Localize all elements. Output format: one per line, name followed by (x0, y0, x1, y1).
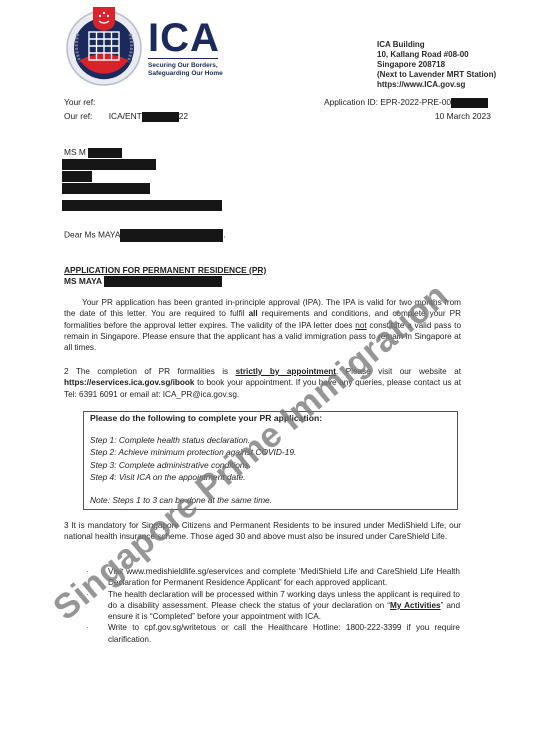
redaction-bar (120, 229, 223, 242)
brand-tagline-2: Safeguarding Our Home (148, 70, 223, 78)
redaction-bar (62, 171, 92, 182)
address-line: ICA Building (377, 40, 496, 50)
bullet-list: ·Visit www.medishieldlife.sg/eservices a… (84, 566, 460, 645)
emphasis-strictly-by-appointment: strictly by appointment (236, 367, 336, 376)
our-ref-suffix: 22 (179, 111, 188, 121)
ibook-link[interactable]: https://eservices.ica.gov.sg/ibook (64, 378, 194, 387)
emphasis-all: all (249, 309, 258, 318)
step-item: Step 4: Visit ICA on the appointment dat… (90, 471, 451, 483)
bullet-icon: · (86, 622, 89, 633)
ica-crest-logo (64, 4, 144, 88)
ica-brand: ICA Securing Our Borders, Safeguarding O… (148, 20, 223, 77)
our-ref-prefix: ICA/ENT (109, 111, 142, 121)
recipient-name: MS M (64, 147, 86, 157)
list-item: ·Visit www.medishieldlife.sg/eservices a… (84, 566, 460, 589)
salutation-text: Dear Ms MAYA (64, 230, 120, 240)
redaction-bar (142, 112, 179, 122)
our-ref-label: Our ref: (64, 111, 92, 121)
address-website[interactable]: https://www.ICA.gov.sg (377, 80, 496, 90)
subject-heading: APPLICATION FOR PERMANENT RESIDENCE (PR)… (64, 265, 266, 287)
steps-note: Note: Steps 1 to 3 can be done at the sa… (90, 494, 451, 506)
subject-title: APPLICATION FOR PERMANENT RESIDENCE (PR) (64, 265, 266, 275)
subject-name: MS MAYA (64, 276, 102, 286)
reference-block: Your ref: Our ref: ICA/ENT22 (64, 97, 188, 125)
address-line: Singapore 208718 (377, 60, 496, 70)
brand-name: ICA (148, 20, 223, 56)
sender-address: ICA Building 10, Kallang Road #08-00 Sin… (377, 40, 496, 90)
step-item: Step 2: Achieve minimum protection again… (90, 446, 451, 458)
step-item: Step 1: Complete health status declarati… (90, 434, 451, 446)
salutation-punct: . (223, 230, 225, 240)
steps-box: Please do the following to complete your… (83, 411, 458, 510)
brand-tagline-1: Securing Our Borders, (148, 62, 223, 70)
my-activities-link[interactable]: My Activities (390, 601, 441, 610)
emphasis-not: not (355, 321, 366, 330)
redaction-bar (451, 98, 488, 108)
redaction-bar (62, 183, 150, 194)
paragraph-ipa-validity: Your PR application has been granted in-… (64, 297, 461, 353)
letter-date: 10 March 2023 (435, 111, 491, 122)
redaction-bar (88, 148, 122, 158)
list-item: ·Write to cpf.gov.sg/writetous or call t… (84, 622, 460, 645)
application-id: Application ID: EPR-2022-PRE-00 (324, 97, 488, 108)
your-ref-label: Your ref: (64, 97, 95, 107)
application-id-text: Application ID: EPR-2022-PRE-00 (324, 97, 451, 107)
step-item: Step 3: Complete administrative conditio… (90, 459, 451, 471)
list-item-text: Visit www.medishieldlife.sg/eservices an… (108, 567, 460, 587)
list-item-text: Write to cpf.gov.sg/writetous or call th… (108, 623, 460, 643)
paragraph-appointment: 2 The completion of PR formalities is st… (64, 366, 461, 400)
redaction-bar (62, 200, 222, 211)
redaction-bar (62, 159, 156, 170)
bullet-icon: · (86, 589, 89, 600)
bullet-icon: · (86, 566, 89, 577)
address-line: (Next to Lavender MRT Station) (377, 70, 496, 80)
list-item: ·The health declaration will be processe… (84, 589, 460, 623)
recipient-address: MS M (62, 147, 222, 211)
paragraph-medishield: 3 It is mandatory for Singapore Citizens… (64, 520, 461, 543)
text: 2 The completion of PR formalities is (64, 367, 236, 376)
text: . Please visit our website at (336, 367, 461, 376)
salutation: Dear Ms MAYA. (64, 229, 226, 242)
steps-heading: Please do the following to complete your… (90, 413, 451, 424)
address-line: 10, Kallang Road #08-00 (377, 50, 496, 60)
redaction-bar (104, 276, 222, 287)
